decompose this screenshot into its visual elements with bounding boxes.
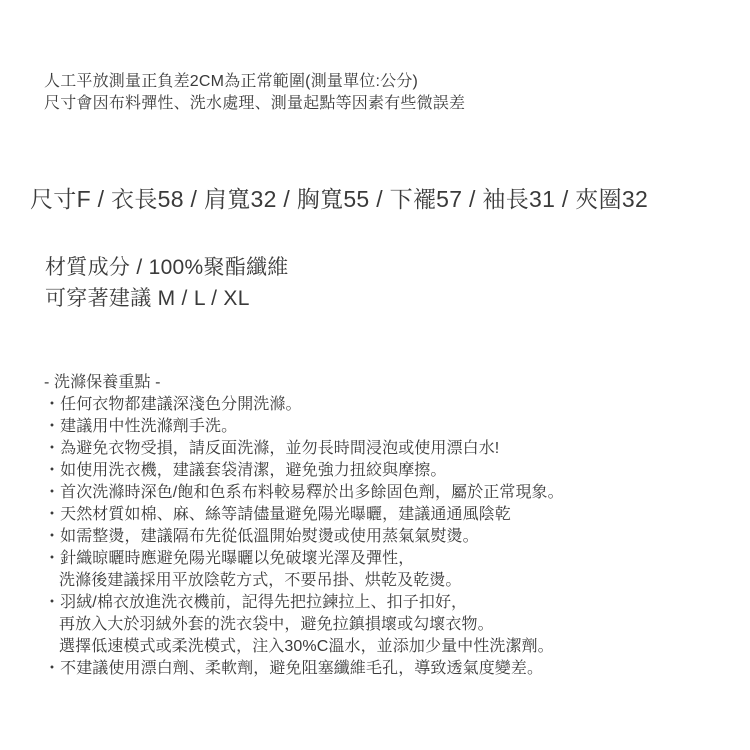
care-line: ・羽絨/棉衣放進洗衣機前，記得先把拉鍊拉上、扣子扣好，	[44, 592, 564, 614]
care-line: ・建議用中性洗滌劑手洗。	[44, 416, 564, 438]
care-instructions: - 洗滌保養重點 - ・任何衣物都建議深淺色分開洗滌。 ・建議用中性洗滌劑手洗。…	[44, 372, 564, 680]
care-line: ・首次洗滌時深色/飽和色系布料較易釋於出多餘固色劑，屬於正常現象。	[44, 482, 564, 504]
care-title: - 洗滌保養重點 -	[44, 372, 564, 394]
size-spec-line: 尺寸F / 衣長58 / 肩寬32 / 胸寬55 / 下襬57 / 袖長31 /…	[30, 186, 648, 212]
care-line: ・天然材質如棉、麻、絲等請儘量避免陽光曝曬，建議通通風陰乾	[44, 504, 564, 526]
care-line: ・針織晾曬時應避免陽光曝曬以免破壞光澤及彈性，	[44, 548, 564, 570]
care-line: ・不建議使用漂白劑、柔軟劑，避免阻塞纖維毛孔，導致透氣度變差。	[44, 658, 564, 680]
care-line-continuation: 再放入大於羽絨外套的洗衣袋中，避免拉鎮損壞或勾壞衣物。	[44, 614, 564, 636]
care-line: ・如需整燙，建議隔布先從低溫開始熨燙或使用蒸氣氣熨燙。	[44, 526, 564, 548]
material-info: 材質成分 / 100%聚酯纖維 可穿著建議 M / L / XL	[45, 252, 289, 314]
measurement-note: 人工平放測量正負差2CM為正常範圍(測量單位:公分) 尺寸會因布料彈性、洗水處理…	[44, 71, 465, 115]
care-line: ・任何衣物都建議深淺色分開洗滌。	[44, 394, 564, 416]
care-line-continuation: 選擇低速模式或柔洗模式，注入30%C溫水，並添加少量中性洗潔劑。	[44, 636, 564, 658]
care-line-continuation: 洗滌後建議採用平放陰乾方式，不要吊掛、烘乾及乾燙。	[44, 570, 564, 592]
material-composition: 材質成分 / 100%聚酯纖維	[45, 252, 289, 283]
measurement-note-line1: 人工平放測量正負差2CM為正常範圍(測量單位:公分)	[44, 71, 465, 93]
care-line: ・如使用洗衣機，建議套袋清潔，避免強力扭絞與摩擦。	[44, 460, 564, 482]
care-line: ・為避免衣物受損，請反面洗滌，並勿長時間浸泡或使用漂白水!	[44, 438, 564, 460]
wear-suggestion: 可穿著建議 M / L / XL	[45, 283, 289, 314]
measurement-note-line2: 尺寸會因布料彈性、洗水處理、測量起點等因素有些微誤差	[44, 93, 465, 115]
